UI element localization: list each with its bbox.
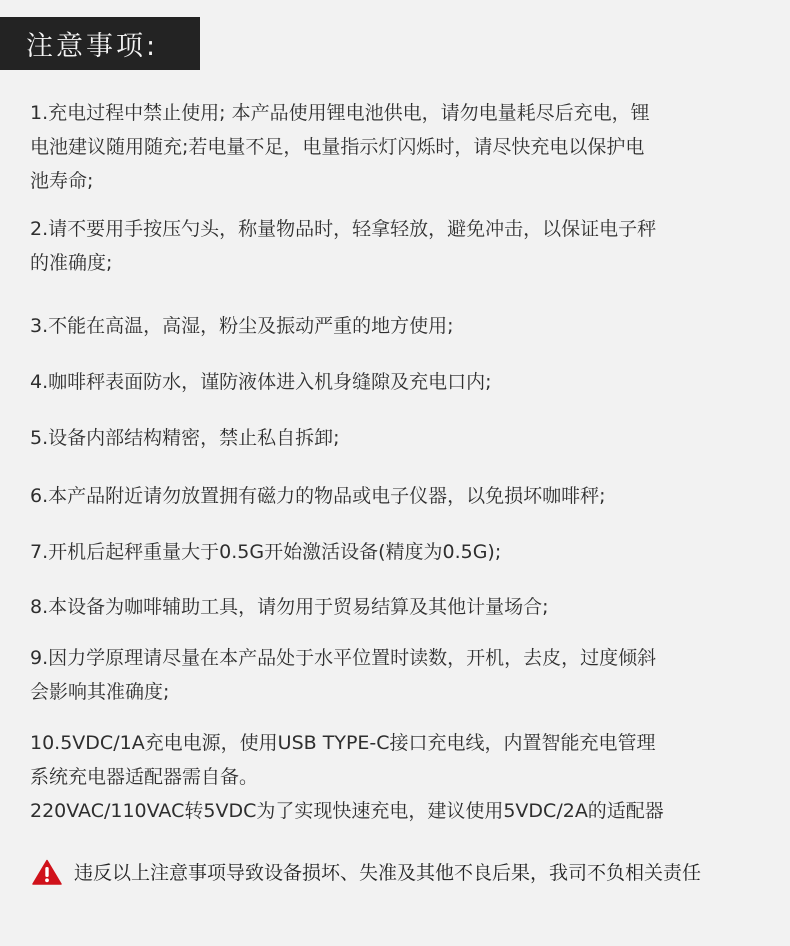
notice-line: 7.开机后起秤重量大于0.5G开始激活设备(精度为0.5G); (30, 535, 501, 569)
notice-item-2: 2.请不要用手按压勺头，称量物品时，轻拿轻放，避免冲击，以保证电子秤 的准确度; (30, 212, 656, 280)
notice-item-10: 10.5VDC/1A充电电源，使用USB TYPE-C接口充电线，内置智能充电管… (30, 726, 664, 828)
notice-line: 220VAC/110VAC转5VDC为了实现快速充电，建议使用5VDC/2A的适… (30, 794, 664, 828)
notice-item-9: 9.因力学原理请尽量在本产品处于水平位置时读数，开机，去皮，过度倾斜 会影响其准… (30, 641, 656, 709)
notice-line: 10.5VDC/1A充电电源，使用USB TYPE-C接口充电线，内置智能充电管… (30, 726, 664, 760)
notice-item-5: 5.设备内部结构精密，禁止私自拆卸; (30, 421, 340, 455)
page-title: 注意事项: (0, 24, 158, 63)
notice-item-1: 1.充电过程中禁止使用; 本产品使用锂电池供电，请勿电量耗尽后充电，锂 电池建议… (30, 96, 650, 198)
notice-line: 5.设备内部结构精密，禁止私自拆卸; (30, 421, 340, 455)
disclaimer-row: 违反以上注意事项导致设备损坏、失准及其他不良后果，我司不负相关责任 (32, 858, 701, 885)
notice-line: 池寿命; (30, 164, 650, 198)
notice-line: 6.本产品附近请勿放置拥有磁力的物品或电子仪器，以免损坏咖啡秤; (30, 479, 606, 513)
notice-line: 9.因力学原理请尽量在本产品处于水平位置时读数，开机，去皮，过度倾斜 (30, 641, 656, 675)
notice-line: 3.不能在高温，高湿，粉尘及振动严重的地方使用; (30, 309, 454, 343)
notice-line: 电池建议随用随充;若电量不足，电量指示灯闪烁时，请尽快充电以保护电 (30, 130, 650, 164)
notice-item-8: 8.本设备为咖啡辅助工具，请勿用于贸易结算及其他计量场合; (30, 590, 549, 624)
notice-line: 会影响其准确度; (30, 675, 656, 709)
notice-item-3: 3.不能在高温，高湿，粉尘及振动严重的地方使用; (30, 309, 454, 343)
notice-item-6: 6.本产品附近请勿放置拥有磁力的物品或电子仪器，以免损坏咖啡秤; (30, 479, 606, 513)
notice-line: 4.咖啡秤表面防水，谨防液体进入机身缝隙及充电口内; (30, 365, 492, 399)
header-bar: 注意事项: (0, 17, 200, 70)
notice-item-4: 4.咖啡秤表面防水，谨防液体进入机身缝隙及充电口内; (30, 365, 492, 399)
notice-line: 8.本设备为咖啡辅助工具，请勿用于贸易结算及其他计量场合; (30, 590, 549, 624)
notice-line: 1.充电过程中禁止使用; 本产品使用锂电池供电，请勿电量耗尽后充电，锂 (30, 96, 650, 130)
notice-item-7: 7.开机后起秤重量大于0.5G开始激活设备(精度为0.5G); (30, 535, 501, 569)
warning-triangle-icon (32, 859, 62, 885)
disclaimer-text: 违反以上注意事项导致设备损坏、失准及其他不良后果，我司不负相关责任 (74, 858, 701, 885)
notice-line: 的准确度; (30, 246, 656, 280)
notice-line: 2.请不要用手按压勺头，称量物品时，轻拿轻放，避免冲击，以保证电子秤 (30, 212, 656, 246)
notice-line: 系统充电器适配器需自备。 (30, 760, 664, 794)
